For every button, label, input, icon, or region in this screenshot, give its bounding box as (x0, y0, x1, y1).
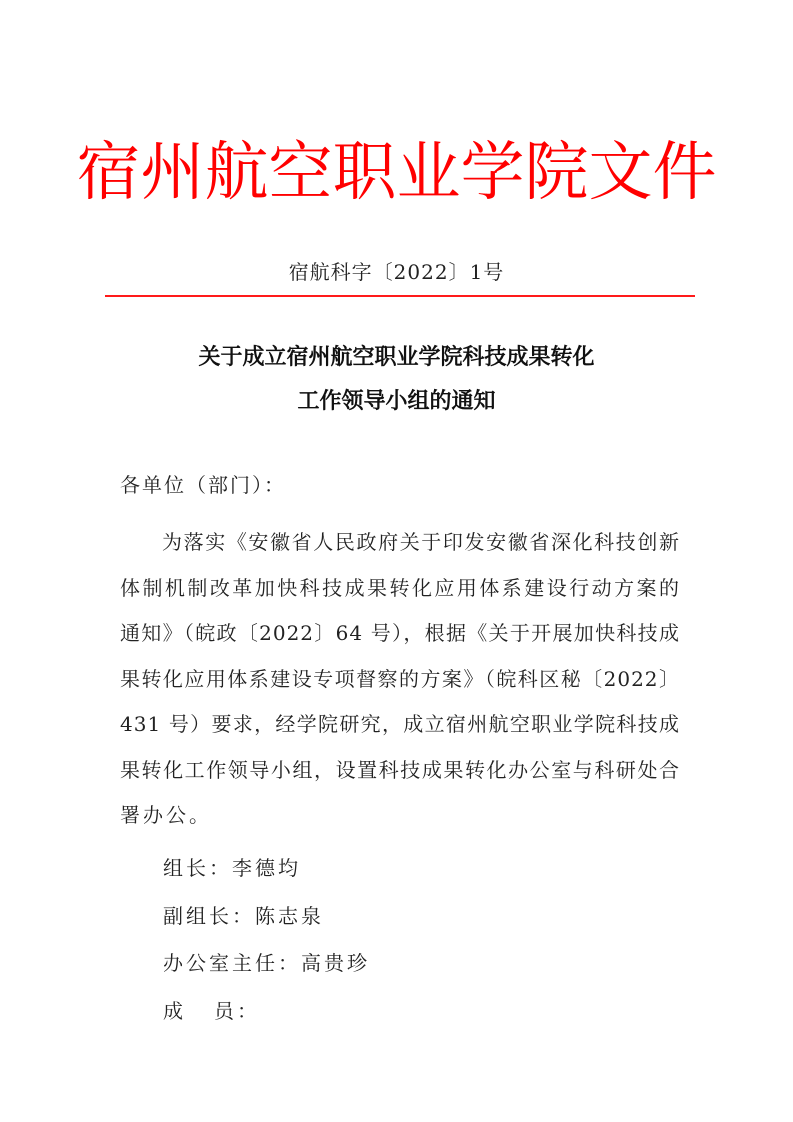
member-name: 高贵珍 (301, 951, 370, 975)
member-role: 办公室主任 (163, 951, 278, 975)
body-paragraph: 为落实《安徽省人民政府关于印发安徽省深化科技创新 体制机制改革加快科技成果转化应… (120, 520, 680, 839)
member-role-part1: 成 (163, 999, 186, 1023)
body-line-6: 果转化工作领导小组，设置科技成果转化办公室与科研处合 (120, 748, 680, 794)
notice-title-line-1: 关于成立宿州航空职业学院科技成果转化 (0, 336, 793, 380)
member-role: 副组长 (163, 904, 232, 928)
member-role: 组长 (163, 856, 209, 880)
body-line-3: 通知》（皖政〔2022〕64 号），根据《关于开展加快科技成 (120, 611, 680, 657)
colon: ： (237, 999, 260, 1023)
member-name: 李德均 (232, 856, 301, 880)
red-divider-rule (105, 295, 695, 297)
body-line-5: 431 号）要求，经学院研究，成立宿州航空职业学院科技成 (120, 702, 680, 748)
document-page: 宿州航空职业学院文件 宿航科字〔2022〕1号 关于成立宿州航空职业学院科技成果… (0, 0, 793, 1122)
body-line-1: 为落实《安徽省人民政府关于印发安徽省深化科技创新 (120, 520, 680, 566)
member-row-members: 成员： (163, 988, 370, 1036)
masthead-title: 宿州航空职业学院文件 (0, 128, 793, 218)
member-role-part2: 员 (214, 999, 237, 1023)
document-number: 宿航科字〔2022〕1号 (0, 258, 793, 286)
colon: ： (278, 951, 301, 975)
colon: ： (232, 904, 255, 928)
body-line-2: 体制机制改革加快科技成果转化应用体系建设行动方案的 (120, 566, 680, 612)
salutation: 各单位（部门）： (120, 470, 286, 500)
member-name: 陈志泉 (255, 904, 324, 928)
notice-title: 关于成立宿州航空职业学院科技成果转化 工作领导小组的通知 (0, 336, 793, 424)
body-line-7: 署办公。 (120, 793, 680, 839)
body-line-4: 果转化应用体系建设专项督察的方案》（皖科区秘〔2022〕 (120, 657, 680, 703)
notice-title-line-2: 工作领导小组的通知 (0, 380, 793, 424)
member-row-office-director: 办公室主任：高贵珍 (163, 940, 370, 988)
member-list: 组长：李德均 副组长：陈志泉 办公室主任：高贵珍 成员： (163, 845, 370, 1035)
member-row-deputy: 副组长：陈志泉 (163, 893, 370, 941)
colon: ： (209, 856, 232, 880)
member-row-leader: 组长：李德均 (163, 845, 370, 893)
